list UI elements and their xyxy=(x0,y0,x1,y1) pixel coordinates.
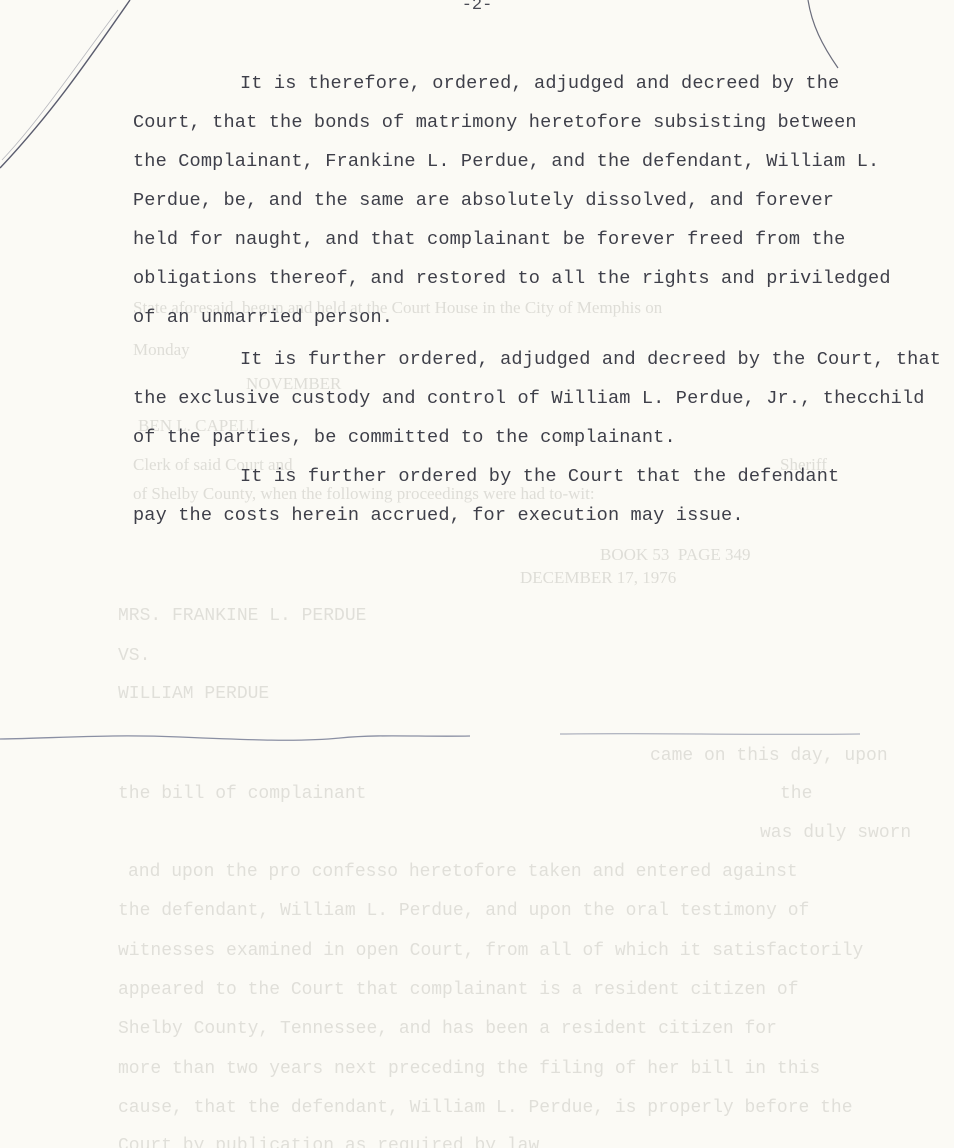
bleed-through-text: the defendant, William L. Perdue, and up… xyxy=(118,901,809,921)
document-page: -2- State aforesaid, begun and held at t… xyxy=(0,0,954,1148)
bleed-through-text: came on this day, upon xyxy=(650,746,888,766)
bleed-through-text: was duly sworn xyxy=(760,823,911,843)
bleed-through-text: the xyxy=(780,784,812,804)
bleed-through-text: BOOK 53 PAGE 349 xyxy=(600,545,751,565)
document-line: obligations thereof, and restored to all… xyxy=(133,268,891,289)
document-line: Perdue, be, and the same are absolutely … xyxy=(133,190,834,211)
document-line: of the parties, be committed to the comp… xyxy=(133,427,676,448)
document-line: It is further ordered by the Court that … xyxy=(240,466,839,487)
bleed-through-text: cause, that the defendant, William L. Pe… xyxy=(118,1098,853,1118)
bleed-through-text: witnesses examined in open Court, from a… xyxy=(118,941,863,961)
bleed-through-text: Monday xyxy=(133,340,190,360)
bleed-through-text: the bill of complainant xyxy=(118,784,366,804)
document-line: the Complainant, Frankine L. Perdue, and… xyxy=(133,151,879,172)
document-line: It is further ordered, adjudged and decr… xyxy=(240,349,941,370)
document-line: the exclusive custody and control of Wil… xyxy=(133,388,925,409)
bleed-through-text: DECEMBER 17, 1976 xyxy=(520,568,676,588)
paper-fold-crease xyxy=(0,728,954,748)
document-line: of an unmarried person. xyxy=(133,307,393,328)
document-line: held for naught, and that complainant be… xyxy=(133,229,845,250)
bleed-through-text: and upon the pro confesso heretofore tak… xyxy=(128,862,798,882)
document-line: pay the costs herein accrued, for execut… xyxy=(133,505,744,526)
document-line: Court, that the bonds of matrimony heret… xyxy=(133,112,857,133)
bleed-through-text: of Shelby County, when the following pro… xyxy=(133,484,595,504)
page-number: -2- xyxy=(0,0,954,15)
bleed-through-text: MRS. FRANKINE L. PERDUE xyxy=(118,606,366,626)
bleed-through-text: VS. xyxy=(118,646,150,666)
bleed-through-text: Court by publication as required by law xyxy=(118,1136,539,1148)
bleed-through-text: Shelby County, Tennessee, and has been a… xyxy=(118,1019,777,1039)
bleed-through-text: WILLIAM PERDUE xyxy=(118,684,269,704)
bleed-through-text: appeared to the Court that complainant i… xyxy=(118,980,799,1000)
bleed-through-text: more than two years next preceding the f… xyxy=(118,1059,820,1079)
document-line: It is therefore, ordered, adjudged and d… xyxy=(240,73,839,94)
